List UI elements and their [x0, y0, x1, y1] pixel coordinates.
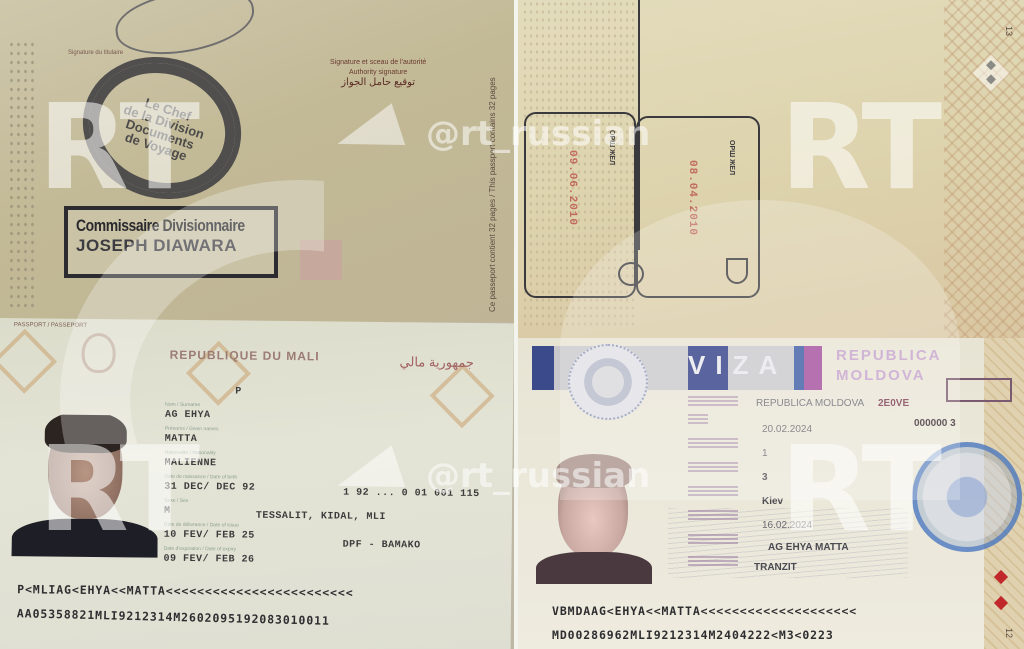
visa-mrz-line-1: VBMDAAG<EHYA<<MATTA<<<<<<<<<<<<<<<<<<<< [552, 604, 857, 618]
name-label [688, 534, 738, 544]
guilloche-ornament [0, 329, 57, 394]
authority-signature-block: Signature et sceau de l'autorité Authori… [330, 58, 426, 88]
stamp1-text: ОРШ ЖЕЛ [608, 130, 615, 165]
shoulders [536, 552, 652, 584]
remarks-label [688, 556, 738, 566]
passport-mrz-line-2: AA05358821MLI9212314M2602095192083010011 [17, 606, 330, 628]
expiry-label: Date d'expiration / Date of expiry [164, 546, 236, 553]
dob-label: Date de naissance / Date of birth [164, 474, 237, 481]
guilloche-pattern [944, 0, 1024, 340]
visa-mrz-line-2: MD00286962MLI9212314M2404222<M3<0223 [552, 628, 834, 642]
passport-mrz-line-1: P<MLIAG<EHYA<<MATTA<<<<<<<<<<<<<<<<<<<<<… [17, 582, 354, 600]
issue-date-label [688, 510, 738, 520]
date-of-expiry: 09 FEV/ FEB 26 [163, 554, 254, 566]
guilloche-ornament [430, 363, 495, 428]
signature-label: Signature du titulaire [68, 50, 123, 56]
security-dot-pattern [8, 40, 36, 310]
page-number: 13 [1004, 26, 1014, 36]
issuing-authority: DPF - BAMAKO [343, 540, 421, 552]
handwritten-signature [112, 0, 259, 61]
sex: M [164, 506, 171, 517]
issue-date: 16.02.2024 [762, 520, 812, 531]
date-of-issue: 10 FEV/ FEB 25 [164, 530, 255, 542]
nationality: MALIENNE [164, 458, 216, 470]
visa-remarks: TRANZIT [754, 562, 797, 573]
visa-holder-name: AG EHYA MATTA [768, 542, 849, 553]
country-header-arabic: جمهورية مالي [399, 354, 474, 371]
page-count-note: Ce passeport contient 32 pages / This pa… [488, 22, 502, 312]
page-number: 12 [1004, 628, 1014, 638]
place-of-birth: TESSALIT, KIDAL, MLI [256, 511, 386, 523]
date-of-birth: 31 DEC/ DEC 92 [164, 482, 255, 494]
nationality-label: Nationalité / Nationality [165, 450, 216, 457]
authority-label-fr: Signature et sceau de l'autorité [330, 58, 426, 68]
shoulders [12, 518, 158, 558]
sex-label: Sexe / Sex [164, 498, 188, 504]
stamp2-text: ОРШ ЖЕЛ [728, 140, 735, 175]
issue-date-label: Date de délivrance / Date of issue [164, 522, 239, 529]
authority-label-ar: توقيع حامل الجواز [330, 78, 426, 88]
stamp1-date: 09.06.2010 [566, 150, 578, 226]
watermark-o-shape [560, 200, 960, 500]
